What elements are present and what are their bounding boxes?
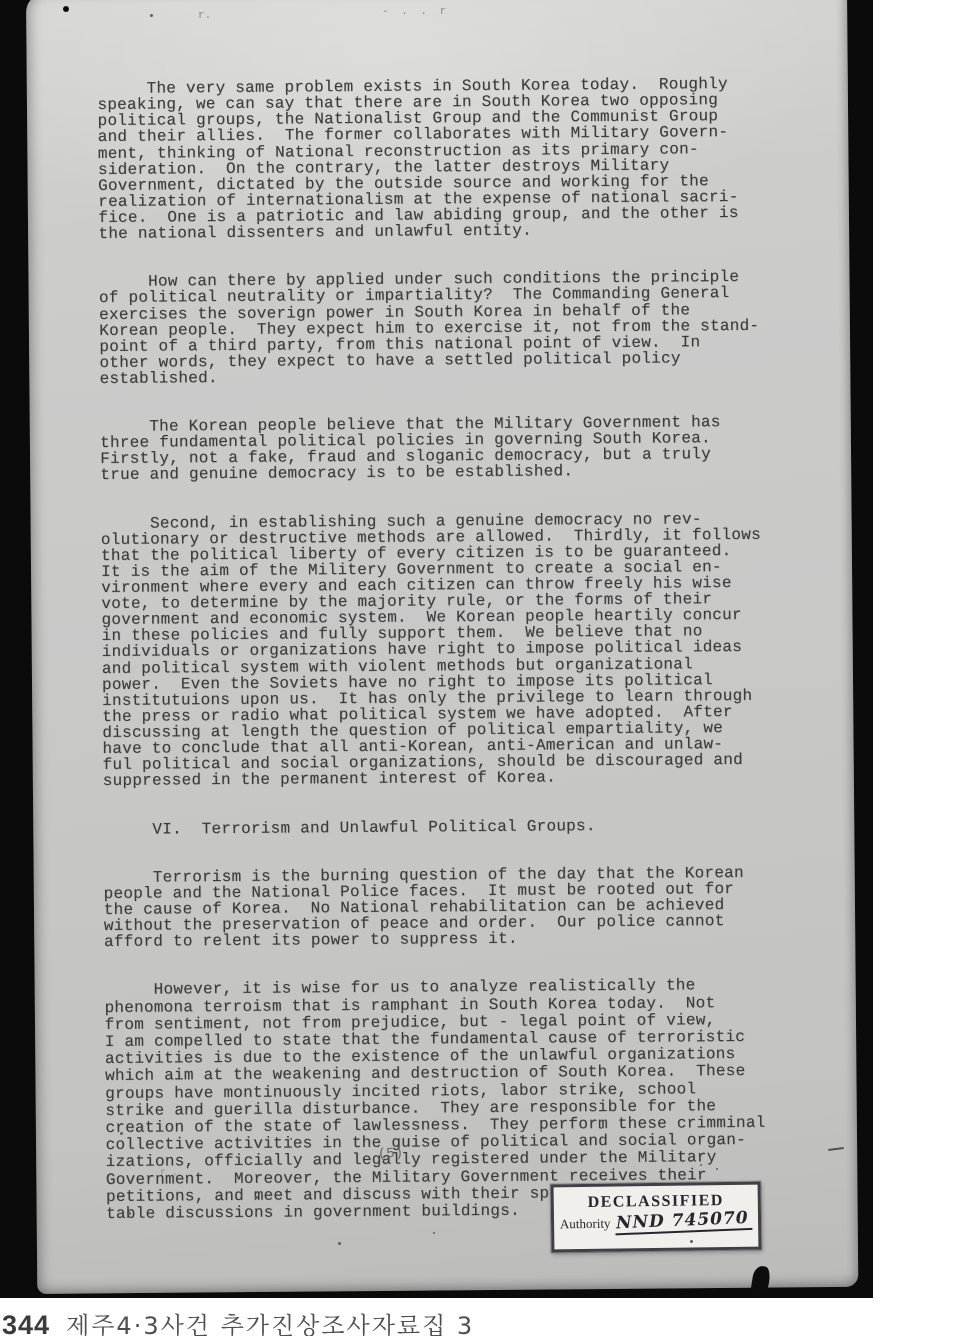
caption-title: 제주4·3사건 추가진상조사자료집 3	[66, 1312, 474, 1336]
book-caption: 344제주4·3사건 추가진상조사자료집 3	[2, 1306, 474, 1336]
paragraph-terrorism-burning-question: Terrorism is the burning question of the…	[103, 864, 828, 950]
paragraph-genuine-democracy: Second, in establishing such a genuine d…	[101, 510, 827, 789]
scan-speck	[610, 1160, 612, 1162]
scan-speck	[338, 1242, 341, 1245]
scanned-document-page: { "colors": { "scan_background": "#0b0b0…	[0, 0, 976, 1336]
paragraph-political-neutrality: How can there by applied under such cond…	[99, 269, 824, 387]
scan-speck	[600, 1127, 602, 1129]
scan-speck	[716, 1168, 718, 1170]
page-number: (5)	[377, 1145, 404, 1163]
scan-speck	[290, 1138, 292, 1140]
ink-dot	[63, 6, 69, 12]
scan-speck	[120, 1132, 123, 1135]
declassified-stamp: DECLASSIFIED AuthorityNND 745070	[551, 1182, 762, 1253]
scan-mark: r.	[198, 10, 211, 22]
scan-mark: r .	[160, 1168, 178, 1179]
caption-page-number: 344	[2, 1310, 50, 1336]
section-heading: VI. Terrorism and Unlawful Political Gro…	[103, 816, 827, 838]
paragraph-three-policies: The Korean people believe that the Milit…	[100, 413, 824, 483]
scan-speck	[433, 1232, 435, 1234]
scan-speck	[150, 14, 153, 17]
scan-speck	[255, 1196, 258, 1199]
paragraph-same-problem: The very same problem exists in South Ko…	[97, 76, 822, 243]
photostat-scan: The very same problem exists in South Ko…	[0, 0, 873, 1298]
scan-speck	[520, 1136, 522, 1138]
scan-speck	[700, 1164, 702, 1166]
stamp-authority-label: Authority	[560, 1216, 611, 1232]
stamp-authority-row: AuthorityNND 745070	[554, 1211, 758, 1236]
stamp-authority-value: NND 745070	[615, 1208, 752, 1235]
top-center-marks: - . . r	[382, 6, 449, 18]
scan-speck	[128, 1212, 131, 1215]
scan-speck	[690, 1240, 693, 1243]
typed-text-container: The very same problem exists in South Ko…	[97, 43, 830, 1255]
